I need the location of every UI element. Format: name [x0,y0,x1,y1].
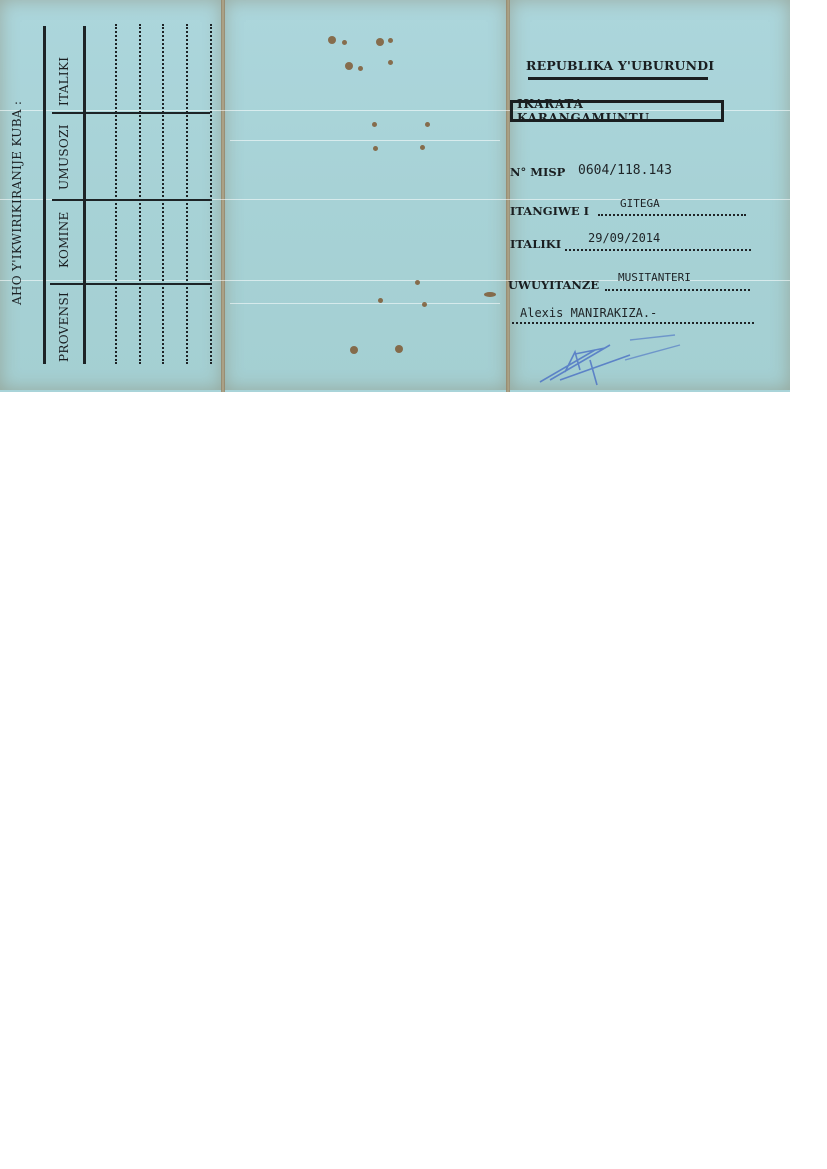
rust-spot [378,298,383,303]
rust-spot [328,36,336,44]
fold-line [506,0,510,392]
fold-line [221,0,225,392]
rust-spot [388,38,393,43]
rust-spot [358,66,363,71]
rust-spot [388,60,393,65]
date-label: ITALIKI [510,237,561,251]
rust-spot [345,62,353,70]
entry-dotted-line [186,24,188,364]
dotted-fill-line [565,249,751,251]
residence-heading: AHO Y'IKWIRIKIRANIJE KUBA : [10,101,24,305]
misp-value: 0604/118.143 [578,163,672,178]
rust-spot [420,145,425,150]
rust-spot [425,122,430,127]
issued-at-label: ITANGIWE I [510,204,589,218]
signed-by-title: MUSITANTERI [618,271,691,284]
rust-spot [350,346,358,354]
misp-label: N° MISP [510,165,565,179]
column-header-komine: KOMINE [57,211,71,268]
entry-dotted-line [210,24,212,364]
entry-dotted-line [162,24,164,364]
crease [230,140,500,141]
dotted-fill-line [512,322,754,324]
title-underline [528,77,708,80]
signature-stamp [535,330,685,390]
rust-spot [342,40,347,45]
rust-spot [422,302,427,307]
date-value: 29/09/2014 [588,231,660,245]
dotted-fill-line [605,289,750,291]
rust-spot [395,345,403,353]
crease [230,303,500,304]
country-title: REPUBLIKA Y'UBURUNDI [526,58,714,73]
table-rule [83,26,86,364]
signed-by-name: Alexis MANIRAKIZA.- [520,306,657,320]
entry-dotted-line [139,24,141,364]
rust-spot [372,122,377,127]
issued-at-value: GITEGA [620,197,660,210]
column-header-umusozi: UMUSOZI [57,124,71,190]
rust-spot [376,38,384,46]
column-header-italiki: ITALIKI [57,57,71,106]
table-rule [43,26,46,364]
middle-panel-blank [224,0,508,390]
card-title: IKARATA KARANGAMUNTU [510,100,724,122]
signed-by-label: UWUYITANZE [508,278,599,292]
rust-spot [484,292,496,297]
rust-spot [373,146,378,151]
column-header-provensi: PROVENSI [57,292,71,362]
entry-dotted-line [115,24,117,364]
dotted-fill-line [598,214,746,216]
left-panel-residence-table [0,0,222,390]
rust-spot [415,280,420,285]
